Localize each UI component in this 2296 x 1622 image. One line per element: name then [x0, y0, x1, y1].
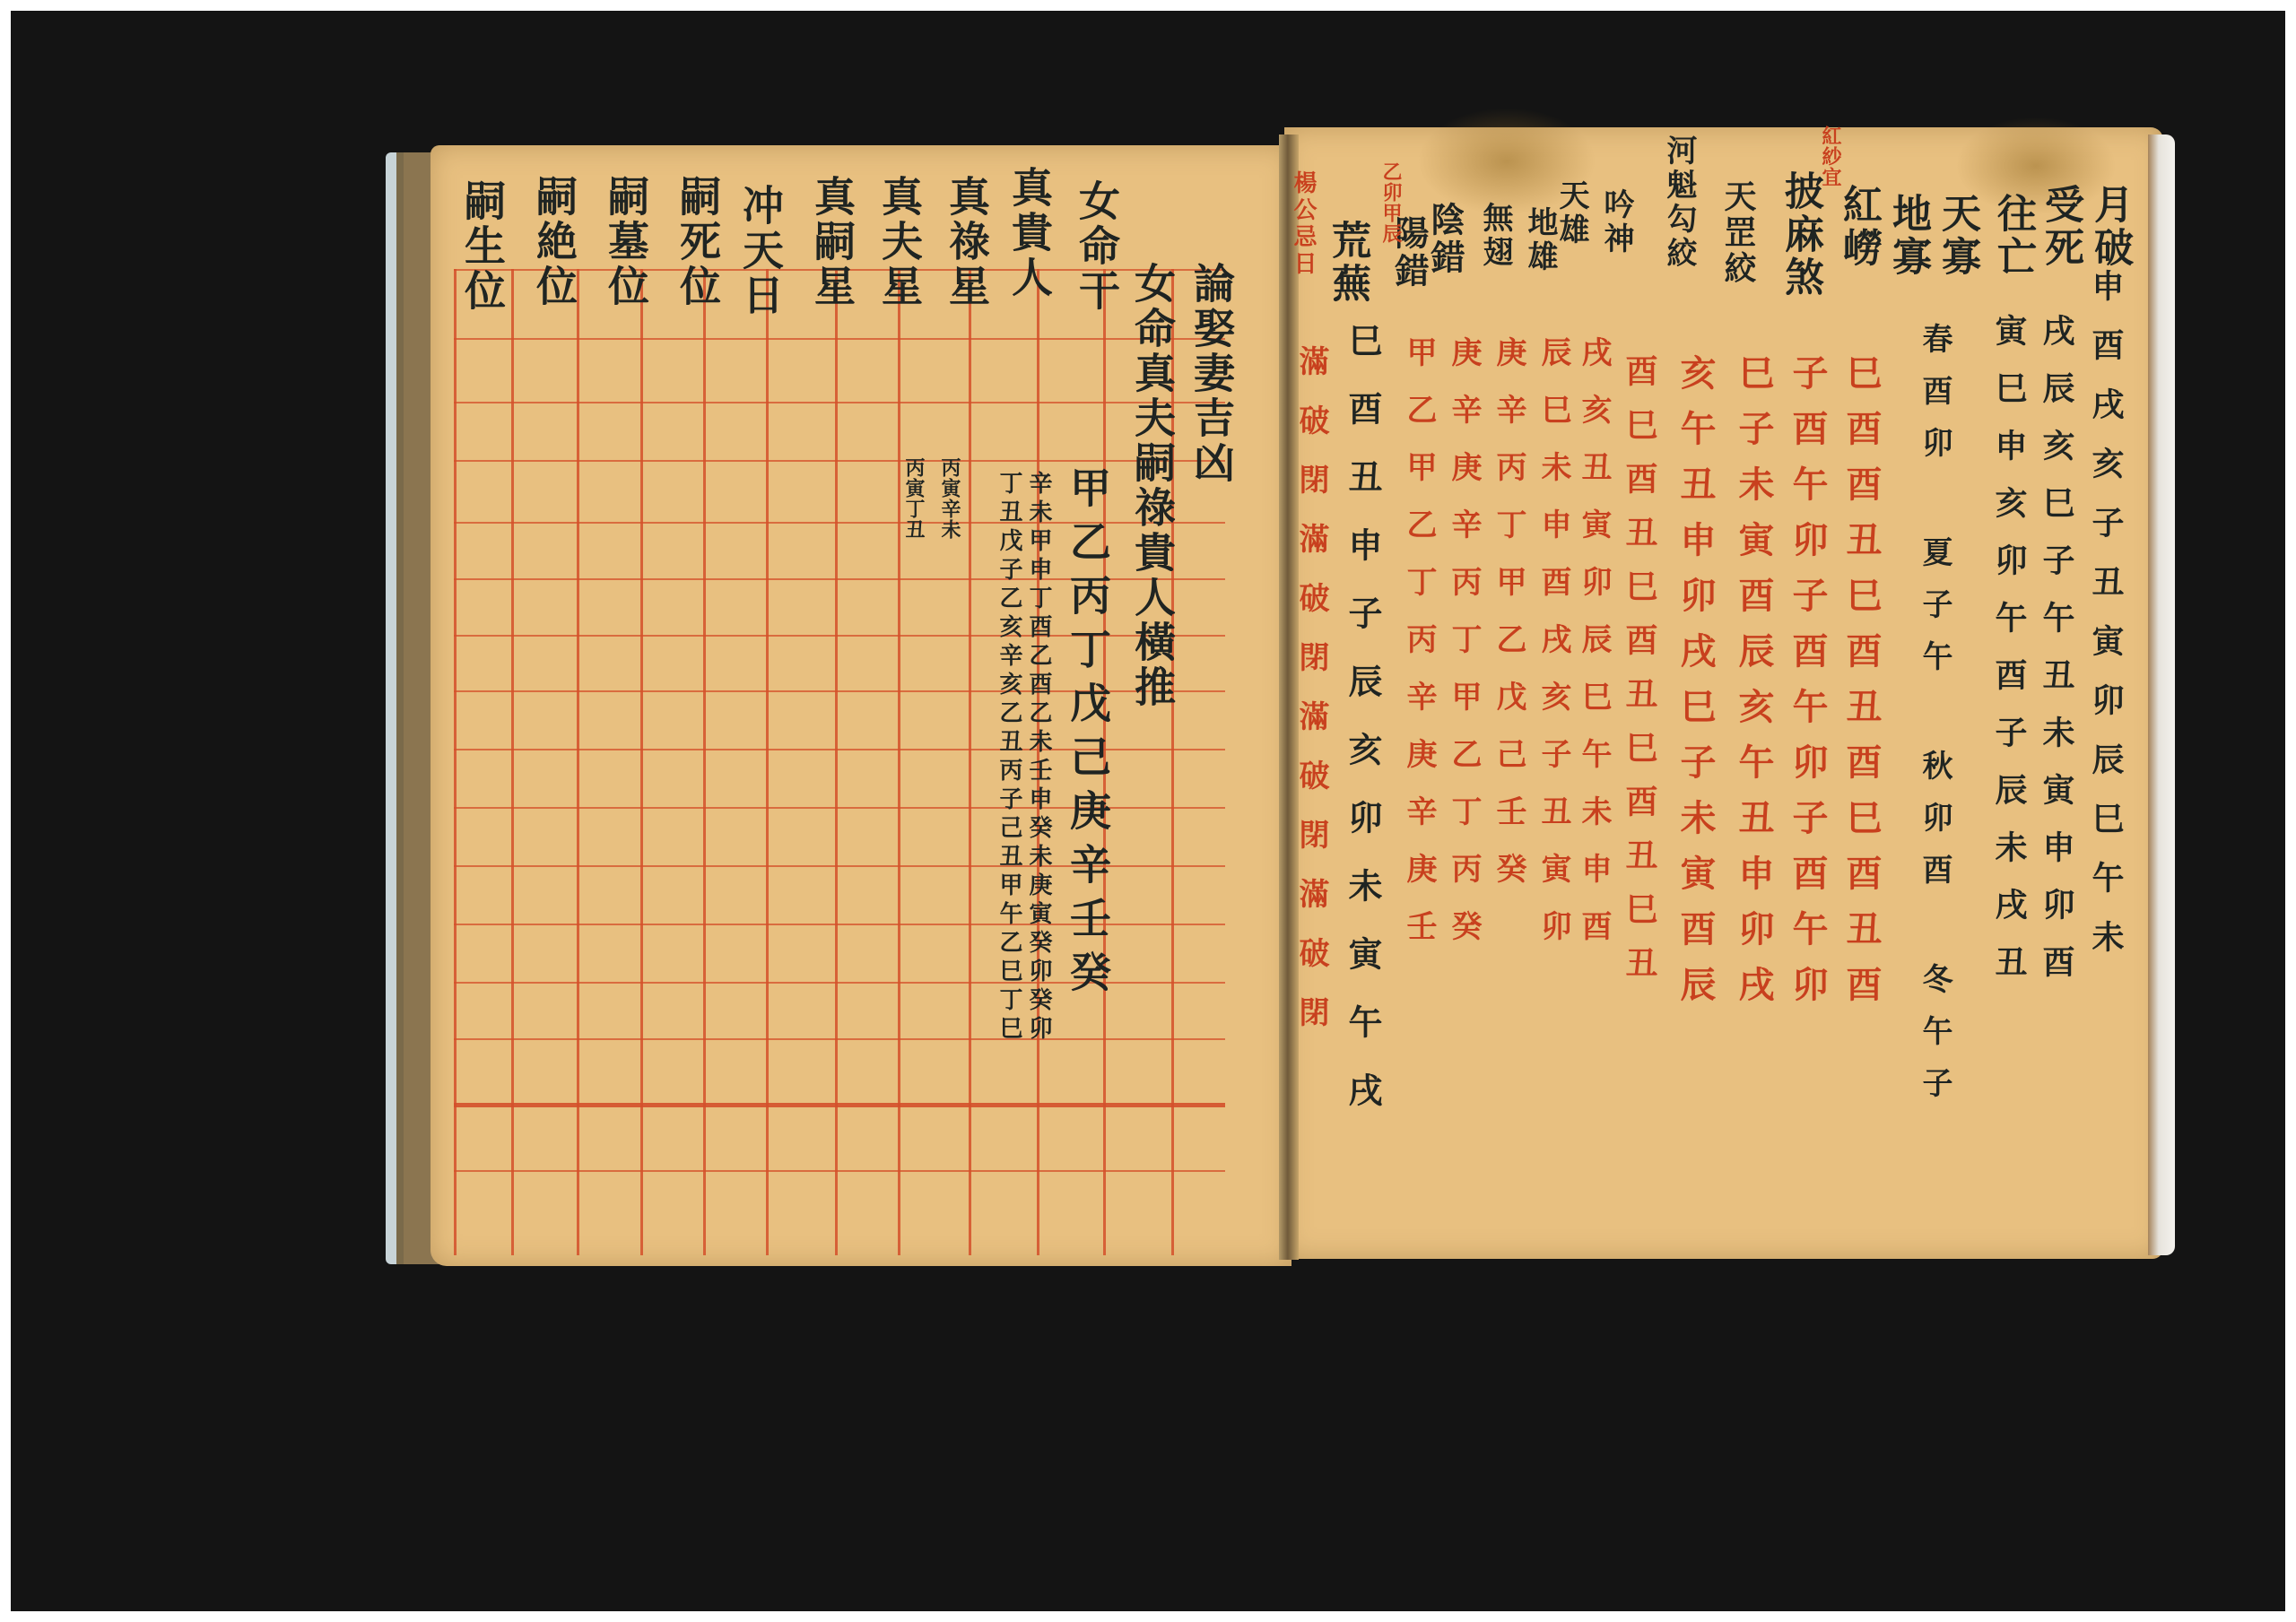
column-values: 庚辛丙丁甲乙戊己壬癸 — [1493, 336, 1524, 910]
column-label: 河魁勾絞 — [1664, 134, 1694, 271]
margin-note: 乙卯甲辰 — [1381, 161, 1401, 244]
page-edge — [2148, 134, 2175, 1255]
section-title: 論娶妻吉凶 — [1191, 262, 1232, 486]
row-header: 冲天日 — [740, 184, 781, 318]
small-note: 丙寅丁丑 — [904, 457, 924, 540]
row-header: 真貴人 — [1009, 166, 1050, 300]
row-header: 嗣絶位 — [534, 175, 575, 309]
column-values: 寅巳申亥卯午酉子辰未戌丑 — [1993, 314, 2025, 1002]
row-header: 嗣墓位 — [605, 175, 647, 309]
column-values: 庚辛庚辛丙丁甲乙丁丙癸 — [1448, 336, 1479, 967]
column-values: 戌辰亥巳子午丑未寅申卯酉 — [2040, 314, 2073, 1002]
column-label: 楊公忌日 — [1291, 170, 1315, 278]
column-label: 披麻煞 — [1780, 170, 1820, 299]
column-label: 月破 — [2090, 184, 2129, 270]
column-values: 申酉戌亥子丑寅卯辰巳午未 — [2090, 269, 2122, 979]
column-label: 地寡 — [1888, 193, 1927, 279]
column-values: 滿破閉滿破閉滿破閉滿破閉 — [1296, 345, 1326, 1055]
column-label: 地雄 — [1525, 206, 1555, 274]
margin-note: 紅紗宜 — [1821, 126, 1840, 187]
row-header: 真祿星 — [946, 175, 987, 309]
noble-column-b: 丁丑戊子乙亥辛亥乙丑丙子己丑甲午乙巳丁巳 — [997, 471, 1021, 1045]
column-values: 春酉卯 夏子午 秋卯酉 冬午子 — [1919, 323, 1950, 1119]
column-label: 紅嶗 — [1839, 184, 1878, 270]
row-header: 嗣死位 — [677, 175, 718, 309]
column-label: 受死 — [2040, 184, 2080, 270]
row-header: 嗣生位 — [462, 179, 503, 314]
column-label: 無翅 — [1480, 202, 1510, 270]
column-values: 戌亥丑寅卯辰巳午未申酉 — [1578, 336, 1609, 967]
column-values: 甲乙甲乙丁丙辛庚辛庚壬 — [1404, 336, 1434, 967]
column-label: 天雄 — [1556, 179, 1587, 247]
column-label: 荒蕪 — [1327, 220, 1367, 306]
row-header: 真嗣星 — [812, 175, 853, 309]
column-values: 巳酉酉丑巳酉丑酉巳酉丑酉 — [1843, 354, 1879, 1021]
small-note: 丙寅辛未 — [940, 457, 960, 540]
heavenly-stems: 甲乙丙丁戊己庚辛壬癸 — [1067, 466, 1109, 1004]
section-subtitle: 女命真夫嗣祿貴人橫推 — [1132, 262, 1173, 710]
row-header: 女命干 — [1076, 179, 1118, 314]
column-label: 陰錯 — [1428, 202, 1462, 277]
column-label: 吟神 — [1601, 188, 1631, 256]
column-label: 往亡 — [1993, 193, 2032, 279]
column-label: 天罡絞 — [1722, 179, 1754, 287]
column-label: 天寡 — [1937, 193, 1977, 279]
open-book: 論娶妻吉凶 女命真夫嗣祿貴人橫推 甲乙丙丁戊己庚辛壬癸 辛未甲申丁酉乙酉乙未壬申… — [0, 0, 2296, 1622]
column-values: 亥午丑申卯戌巳子未寅酉辰 — [1677, 354, 1713, 1021]
noble-column-a: 辛未甲申丁酉乙酉乙未壬申癸未庚寅癸卯癸卯 — [1027, 471, 1050, 1045]
column-values: 酉巳酉丑巳酉丑巳酉丑巳丑 — [1623, 354, 1656, 1000]
column-values: 辰巳未申酉戌亥子丑寅卯 — [1538, 336, 1569, 967]
row-header: 真夫星 — [879, 175, 920, 309]
column-values: 巳子未寅酉辰亥午丑申卯戌 — [1735, 354, 1771, 1021]
column-values: 子酉午卯子酉午卯子酉午卯 — [1789, 354, 1825, 1021]
column-values: 巳酉丑申子辰亥卯未寅午戌 — [1345, 323, 1379, 1141]
